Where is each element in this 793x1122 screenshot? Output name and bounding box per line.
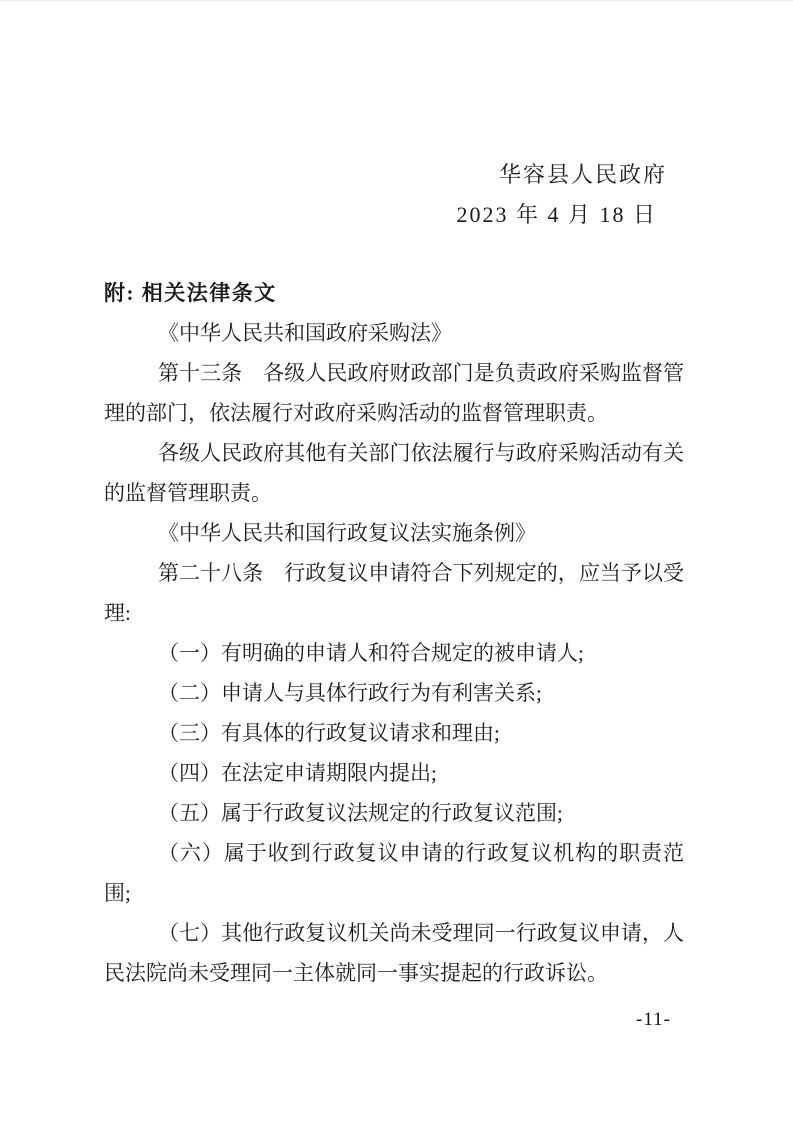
law-paragraph: 第十三条 各级人民政府财政部门是负责政府采购监督管理的部门，依法履行对政府采购活… xyxy=(104,353,684,433)
attachment-section: 附: 相关法律条文 《中华人民共和国政府采购法》第十三条 各级人民政府财政部门是… xyxy=(104,273,684,993)
document-page: 华容县人民政府 2023 年 4 月 18 日 附: 相关法律条文 《中华人民共… xyxy=(0,0,793,1122)
law-paragraph: （七）其他行政复议机关尚未受理同一行政复议申请，人民法院尚未受理同一主体就同一事… xyxy=(104,913,684,993)
attachment-heading: 附: 相关法律条文 xyxy=(104,273,684,313)
law-paragraph: （一）有明确的申请人和符合规定的被申请人; xyxy=(104,633,684,673)
law-paragraph: （六）属于收到行政复议申请的行政复议机构的职责范围; xyxy=(104,833,684,913)
page-number: -11- xyxy=(636,1009,671,1031)
signature-block: 华容县人民政府 2023 年 4 月 18 日 xyxy=(0,155,793,235)
signature-organization: 华容县人民政府 xyxy=(0,155,793,195)
attachment-paragraphs: 《中华人民共和国政府采购法》第十三条 各级人民政府财政部门是负责政府采购监督管理… xyxy=(104,313,684,993)
law-paragraph: 各级人民政府其他有关部门依法履行与政府采购活动有关的监督管理职责。 xyxy=(104,433,684,513)
law-paragraph: （三）有具体的行政复议请求和理由; xyxy=(104,713,684,753)
law-paragraph: 《中华人民共和国政府采购法》 xyxy=(104,313,684,353)
law-paragraph: （五）属于行政复议法规定的行政复议范围; xyxy=(104,793,684,833)
law-paragraph: 《中华人民共和国行政复议法实施条例》 xyxy=(104,513,684,553)
law-paragraph: （二）申请人与具体行政行为有利害关系; xyxy=(104,673,684,713)
law-paragraph: 第二十八条 行政复议申请符合下列规定的，应当予以受理: xyxy=(104,553,684,633)
signature-date: 2023 年 4 月 18 日 xyxy=(0,195,793,235)
law-paragraph: （四）在法定申请期限内提出; xyxy=(104,753,684,793)
